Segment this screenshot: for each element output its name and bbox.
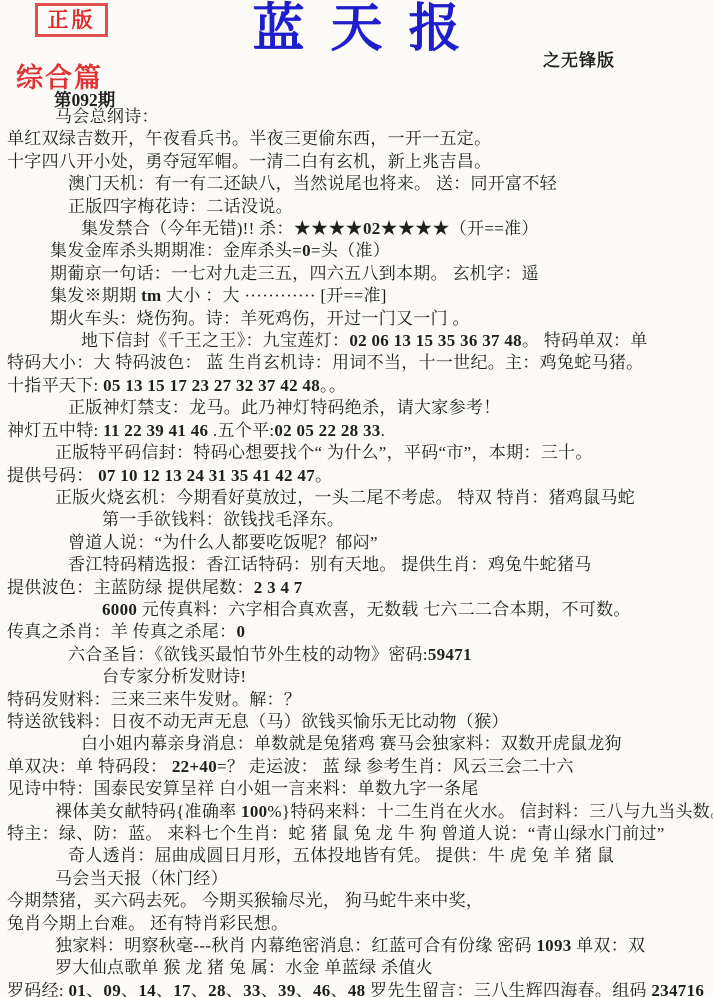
body-line: 神灯五中特: 11 22 39 41 46 .五个平:02 05 22 28 3… — [7, 420, 709, 442]
body-line: 十指平天下: 05 13 15 17 23 27 32 37 42 48。。 — [7, 375, 709, 397]
body-line: 马会当天报（休门经） — [7, 868, 709, 890]
body-line: 集发禁合（今年无错)!! 杀：★★★★02★★★★（开==准） — [7, 218, 709, 240]
body-line: 罗大仙点歌单 猴 龙 猪 兔 属：水金 单蓝绿 杀值火 — [7, 957, 709, 979]
body-line: 正版四字梅花诗：二话没说。 — [7, 196, 709, 218]
body-line: 罗码经: 01、09、14、17、28、33、39、46、48 罗先生留言：三八… — [7, 980, 709, 997]
body-line: 六合圣旨：《欲钱买最怕节外生枝的动物》密码:59471 — [7, 644, 709, 666]
body-line: 独家料：明察秋毫---秋肖 内幕绝密消息：红蓝可合有份缘 密码 1093 单双：… — [7, 935, 709, 957]
body-line: 十字四八开小处，勇夺冠军帽。一清二白有玄机，新上兆吉昌。 — [7, 151, 709, 173]
body-line: 正版神灯禁支：龙马。此乃神灯特码绝杀，请大家参考！ — [7, 397, 709, 419]
body-line: 台专家分析发财诗! — [7, 666, 709, 688]
body-line: 特码大小：大 特码波色： 蓝 生肖玄机诗：用词不当，十一世纪。主：鸡兔蛇马猪。 — [7, 352, 709, 374]
body-line: 特码发财料：三来三来牛发财。解：？ — [7, 689, 709, 711]
body-line: 今期禁猪，买六码去死。 今期买猴输尽光， 狗马蛇牛来中奖， — [7, 890, 709, 912]
body-line: 马会总纲诗： — [7, 106, 709, 128]
body-line: 6000 元传真料：六字相合真欢喜，无数载 七六二二合本期，不可数。 — [7, 599, 709, 621]
body-line: 特送欲钱料：日夜不动无声无息（马）欲钱买愉乐无比动物（猴） — [7, 711, 709, 733]
body-line: 集发金库杀头期期准：金库杀头=0=头（准） — [7, 240, 709, 262]
body-line: 提供波色：主蓝防绿 提供尾数：2 3 4 7 — [7, 577, 709, 599]
body-line: 白小姐内幕亲身消息：单数就是兔猪鸡 赛马会独家料：双数开虎鼠龙狗 — [7, 733, 709, 755]
body-line: 单红双绿吉数开，午夜看兵书。半夜三更偷东西，一开一五定。 — [7, 128, 709, 150]
body-line: 地下信封《千王之王》：九宝莲灯：02 06 13 15 35 36 37 48。… — [7, 330, 709, 352]
body-line: 奇人透肖：屈曲成圆日月形，五体投地皆有凭。 提供：牛 虎 兔 羊 猪 鼠 — [7, 845, 709, 867]
newspaper-page: 正版 蓝天报 之无锋版 综合篇 第092期 马会总纲诗： 单红双绿吉数开，午夜看… — [0, 0, 713, 997]
body-line: 裸体美女献特码{准确率 100%}特码来料：十二生肖在火水。 信封料：三八与九当… — [7, 801, 709, 823]
body-line: 正版特平码信封：特码心想要找个“ 为什么”，平码“市”，本期：三十。 — [7, 442, 709, 464]
body-line: 单双决：单 特码段： 22+40=？ 走运波： 蓝 绿 参考生肖：风云三会二十六 — [7, 756, 709, 778]
body-line: 正版火烧玄机：今期看好莫放过，一头二尾不考虑。 特双 特肖：猪鸡鼠马蛇 — [7, 487, 709, 509]
body-line: 集发※期期 tm 大小 ：大 ············ [开==准] — [7, 285, 709, 307]
body-line: 香江特码精选报：香江话特码：别有天地。 提供生肖：鸡兔牛蛇猪马 — [7, 554, 709, 576]
body-line: 提供号码： 07 10 12 13 24 31 35 41 42 47。 — [7, 465, 709, 487]
body-line: 曾道人说：“为什么人都要吃饭呢？郁闷” — [7, 532, 709, 554]
body-line: 期火车头：烧伤狗。诗：羊死鸡伤，开过一门又一门 。 — [7, 308, 709, 330]
body-line: 兔肖今期上台难。 还有特肖彩民想。 — [7, 913, 709, 935]
body-line: 见诗中特：国泰民安算呈祥 白小姐一言来料：单数九字一条尾 — [7, 778, 709, 800]
body-line: 第一手欲钱料：欲钱找毛泽东。 — [7, 509, 709, 531]
body-line: 澳门天机：有一有二还缺八，当然说尾也将来。 送：同开富不轻 — [7, 173, 709, 195]
edition-label: 之无锋版 — [543, 46, 615, 71]
body-line: 传真之杀肖：羊 传真之杀尾：0 — [7, 621, 709, 643]
body-line: 特主：绿、防：蓝。 来料七个生肖：蛇 猪 鼠 兔 龙 牛 狗 曾道人说：“青山绿… — [7, 823, 709, 845]
body-line: 期葡京一句话：一七对九走三五，四六五八到本期。 玄机字：遥 — [7, 263, 709, 285]
body-text: 马会总纲诗： 单红双绿吉数开，午夜看兵书。半夜三更偷东西，一开一五定。 十字四八… — [7, 106, 709, 997]
